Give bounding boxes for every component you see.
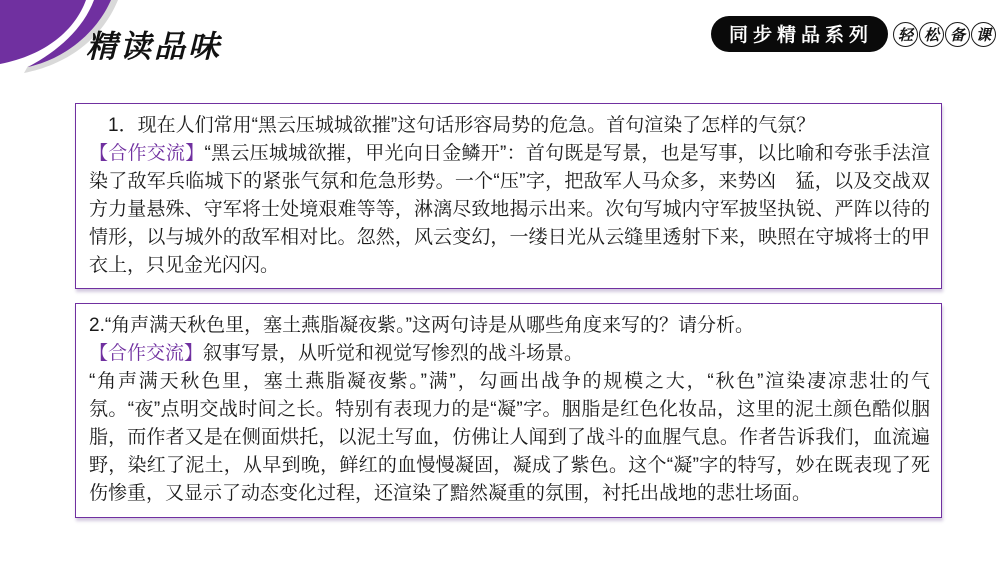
stamp-circle-4: 课	[971, 22, 996, 47]
coop-exchange-label-1: 【合作交流】	[89, 143, 205, 164]
answer-2-body: 叙事写景，从听觉和视觉写惨烈的战斗场景。	[203, 343, 583, 364]
coop-exchange-label-2: 【合作交流】	[89, 343, 203, 364]
question-1-body: 1．现在人们常用“黑云压城城欲摧”这句话形容局势的危急。首句渲染了怎样的气氛？	[89, 115, 815, 136]
question-box-1: 1．现在人们常用“黑云压城城欲摧”这句话形容局势的危急。首句渲染了怎样的气氛？ …	[75, 103, 942, 289]
answer-2-text: 【合作交流】叙事写景，从听觉和视觉写惨烈的战斗场景。	[89, 340, 930, 368]
page-title: 精读品味	[86, 21, 222, 66]
answer-2-analysis-text: “角声满天秋色里，塞土燕脂凝夜紫。”满”，勾画出战争的规模之大，“秋色”渲染凄凉…	[89, 368, 930, 508]
question-2-text: 2.“角声满天秋色里，塞土燕脂凝夜紫。”这两句诗是从哪些角度来写的？请分析。	[89, 312, 930, 340]
stamp-circle-2: 松	[919, 22, 944, 47]
answer-1-body: “黑云压城城欲摧，甲光向日金鳞开”：首句既是写景，也是写事，以比喻和夸张手法渲染…	[89, 143, 930, 276]
answer-1-text: 【合作交流】“黑云压城城欲摧，甲光向日金鳞开”：首句既是写景，也是写事，以比喻和…	[89, 140, 930, 280]
question-2-body: 2.“角声满天秋色里，塞土燕脂凝夜紫。”这两句诗是从哪些角度来写的？请分析。	[89, 315, 754, 336]
stamp-circles: 轻 松 备 课	[892, 22, 996, 47]
question-1-text: 1．现在人们常用“黑云压城城欲摧”这句话形容局势的危急。首句渲染了怎样的气氛？	[89, 112, 930, 140]
series-pill-badge: 同步精品系列	[711, 16, 888, 52]
answer-2-analysis-body: “角声满天秋色里，塞土燕脂凝夜紫。”满”，勾画出战争的规模之大，“秋色”渲染凄凉…	[89, 371, 930, 504]
stamp-circle-1: 轻	[893, 22, 918, 47]
question-box-2: 2.“角声满天秋色里，塞土燕脂凝夜紫。”这两句诗是从哪些角度来写的？请分析。 【…	[75, 303, 942, 518]
stamp-circle-3: 备	[945, 22, 970, 47]
header-badge: 同步精品系列 轻 松 备 课	[711, 16, 996, 52]
